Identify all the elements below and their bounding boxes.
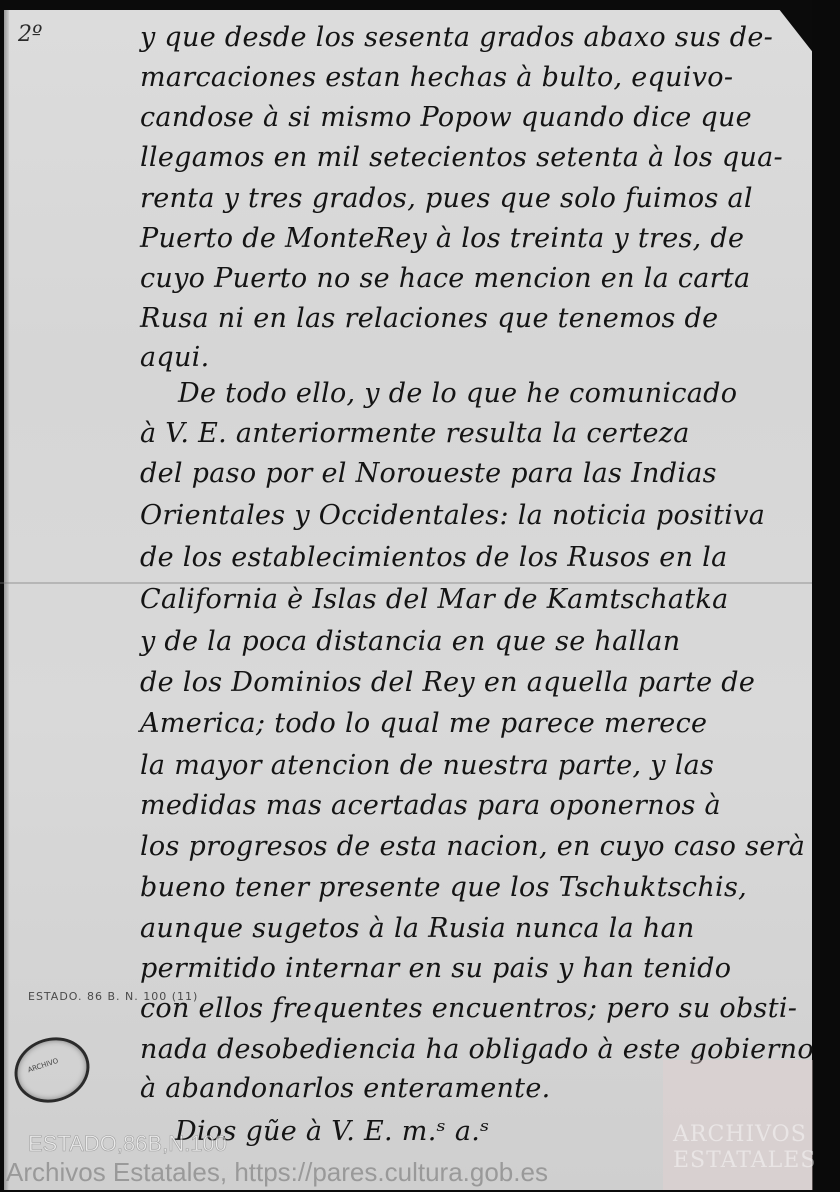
text-line: candose à si mismo Popow quando dice que bbox=[140, 102, 820, 133]
text-line: y que desde los sesenta grados abaxo sus… bbox=[140, 22, 820, 53]
text-line: la mayor atencion de nuestra parte, y la… bbox=[140, 750, 820, 781]
text-line: medidas mas acertadas para oponernos à bbox=[140, 790, 820, 821]
text-line: con ellos frequentes encuentros; pero su… bbox=[140, 993, 820, 1024]
text-line: Rusa ni en las relaciones que tenemos de bbox=[140, 303, 820, 334]
logo-line-1: ARCHIVOS bbox=[673, 1122, 807, 1147]
archive-logo-watermark: ARCHIVOS ESTATALES bbox=[663, 1060, 813, 1190]
text-line: Orientales y Occidentales: la noticia po… bbox=[140, 500, 820, 531]
watermark-reference: ESTADO,86B,N.100 bbox=[28, 1131, 227, 1157]
text-line: cuyo Puerto no se hace mencion en la car… bbox=[140, 263, 820, 294]
paragraph-start: De todo ello, y de lo que he comunicado bbox=[178, 378, 840, 409]
text-line: à V. E. anteriormente resulta la certeza bbox=[140, 418, 820, 449]
text-line: y de la poca distancia en que se hallan bbox=[140, 626, 820, 657]
text-line: aqui. bbox=[140, 342, 820, 373]
logo-line-2: ESTATALES bbox=[673, 1148, 816, 1173]
stamp-text: ARCHIVO bbox=[27, 1057, 60, 1074]
text-line: California è Islas del Mar de Kamtschatk… bbox=[140, 584, 820, 615]
text-line: marcaciones estan hechas à bulto, equivo… bbox=[140, 62, 820, 93]
text-line: renta y tres grados, pues que solo fuimo… bbox=[140, 183, 820, 214]
text-line: de los establecimientos de los Rusos en … bbox=[140, 542, 820, 573]
text-line: los progresos de esta nacion, en cuyo ca… bbox=[140, 831, 820, 862]
text-line: bueno tener presente que los Tschuktschi… bbox=[140, 872, 820, 903]
text-line: del paso por el Noroueste para las India… bbox=[140, 458, 820, 489]
folio-number: 2º bbox=[18, 22, 42, 47]
text-line: llegamos en mil setecientos setenta à lo… bbox=[140, 142, 820, 173]
text-line: permitido internar en su pais y han teni… bbox=[140, 953, 820, 984]
text-line: aunque sugetos à la Rusia nunca la han bbox=[140, 913, 820, 944]
text-line: de los Dominios del Rey en aquella parte… bbox=[140, 667, 820, 698]
watermark-credit: Archivos Estatales, https://pares.cultur… bbox=[6, 1157, 548, 1188]
archive-shelfmark: ESTADO. 86 B. N. 100 (11) bbox=[28, 990, 198, 1003]
text-line: Puerto de MonteRey à los treinta y tres,… bbox=[140, 223, 820, 254]
text-line: America; todo lo qual me parece merece bbox=[140, 708, 820, 739]
